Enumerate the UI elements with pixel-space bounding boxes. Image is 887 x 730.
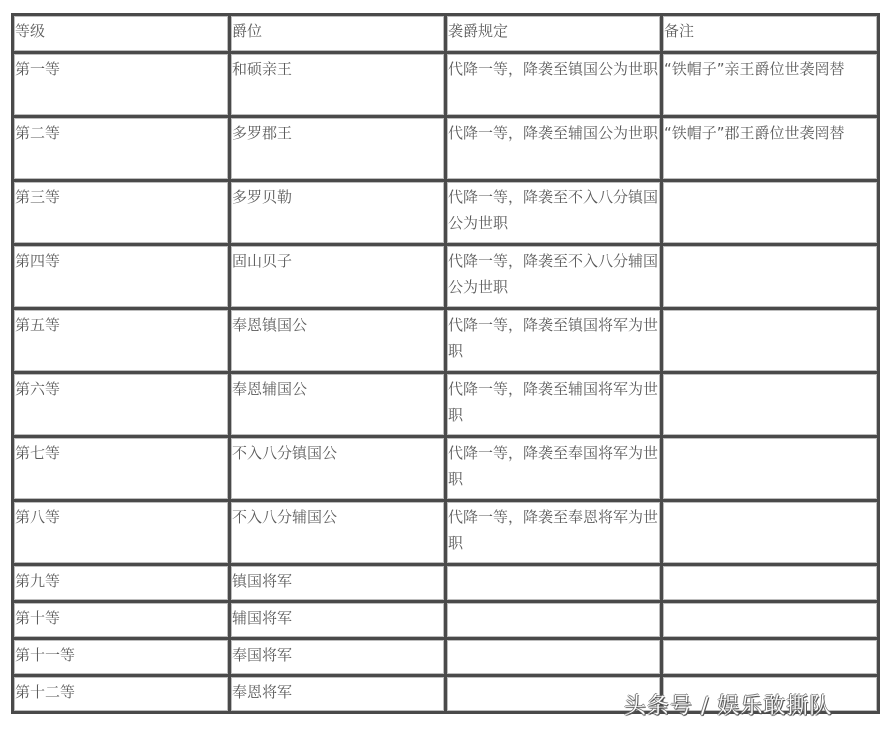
cell-rank: 第四等 [13, 245, 230, 309]
watermark-text: 头条号 / 娱乐敢撕队 [624, 689, 832, 720]
cell-rank: 第十等 [13, 602, 230, 639]
cell-note [662, 602, 879, 639]
cell-rank: 第七等 [13, 437, 230, 501]
cell-title: 不入八分镇国公 [230, 437, 446, 501]
table-header-row: 等级 爵位 袭爵规定 备注 [13, 15, 879, 53]
cell-title: 奉国将军 [230, 639, 446, 676]
table-row: 第四等 固山贝子 代降一等，降袭至不入八分辅国公为世职 [13, 245, 879, 309]
cell-rule [446, 565, 662, 602]
cell-note: “铁帽子”亲王爵位世袭罔替 [662, 53, 879, 117]
table-row: 第九等 镇国将军 [13, 565, 879, 602]
cell-note [662, 181, 879, 245]
cell-rank: 第十一等 [13, 639, 230, 676]
cell-title: 多罗贝勒 [230, 181, 446, 245]
cell-note [662, 501, 879, 565]
cell-rule [446, 602, 662, 639]
cell-title: 奉恩辅国公 [230, 373, 446, 437]
cell-title: 奉恩将军 [230, 676, 446, 713]
cell-note [662, 565, 879, 602]
table-row: 第五等 奉恩镇国公 代降一等，降袭至镇国将军为世职 [13, 309, 879, 373]
cell-title: 多罗郡王 [230, 117, 446, 181]
table-row: 第七等 不入八分镇国公 代降一等，降袭至奉国将军为世职 [13, 437, 879, 501]
table-row: 第六等 奉恩辅国公 代降一等，降袭至辅国将军为世职 [13, 373, 879, 437]
header-title: 爵位 [230, 15, 446, 53]
cell-rank: 第五等 [13, 309, 230, 373]
table-row: 第八等 不入八分辅国公 代降一等，降袭至奉恩将军为世职 [13, 501, 879, 565]
cell-title: 奉恩镇国公 [230, 309, 446, 373]
cell-rule: 代降一等，降袭至不入八分辅国公为世职 [446, 245, 662, 309]
cell-rule [446, 639, 662, 676]
header-rank: 等级 [13, 15, 230, 53]
cell-rank: 第二等 [13, 117, 230, 181]
cell-rank: 第一等 [13, 53, 230, 117]
cell-rank: 第九等 [13, 565, 230, 602]
cell-title: 镇国将军 [230, 565, 446, 602]
peerage-rank-table: 等级 爵位 袭爵规定 备注 第一等 和硕亲王 代降一等，降袭至镇国公为世职 “铁… [11, 13, 880, 714]
cell-rank: 第八等 [13, 501, 230, 565]
cell-rule: 代降一等，降袭至镇国公为世职 [446, 53, 662, 117]
cell-note: “铁帽子”郡王爵位世袭罔替 [662, 117, 879, 181]
table-row: 第一等 和硕亲王 代降一等，降袭至镇国公为世职 “铁帽子”亲王爵位世袭罔替 [13, 53, 879, 117]
header-rule: 袭爵规定 [446, 15, 662, 53]
cell-title: 不入八分辅国公 [230, 501, 446, 565]
cell-title: 固山贝子 [230, 245, 446, 309]
cell-note [662, 245, 879, 309]
table-row: 第十等 辅国将军 [13, 602, 879, 639]
cell-rule: 代降一等，降袭至奉恩将军为世职 [446, 501, 662, 565]
cell-note [662, 639, 879, 676]
cell-rule: 代降一等，降袭至辅国公为世职 [446, 117, 662, 181]
cell-note [662, 437, 879, 501]
cell-title: 和硕亲王 [230, 53, 446, 117]
cell-rank: 第六等 [13, 373, 230, 437]
cell-title: 辅国将军 [230, 602, 446, 639]
cell-rule: 代降一等，降袭至辅国将军为世职 [446, 373, 662, 437]
cell-rank: 第三等 [13, 181, 230, 245]
cell-rank: 第十二等 [13, 676, 230, 713]
cell-rule: 代降一等，降袭至镇国将军为世职 [446, 309, 662, 373]
cell-rule: 代降一等，降袭至不入八分镇国公为世职 [446, 181, 662, 245]
table-row: 第二等 多罗郡王 代降一等，降袭至辅国公为世职 “铁帽子”郡王爵位世袭罔替 [13, 117, 879, 181]
table-row: 第十一等 奉国将军 [13, 639, 879, 676]
cell-rule: 代降一等，降袭至奉国将军为世职 [446, 437, 662, 501]
cell-note [662, 373, 879, 437]
header-note: 备注 [662, 15, 879, 53]
cell-note [662, 309, 879, 373]
table-row: 第三等 多罗贝勒 代降一等，降袭至不入八分镇国公为世职 [13, 181, 879, 245]
